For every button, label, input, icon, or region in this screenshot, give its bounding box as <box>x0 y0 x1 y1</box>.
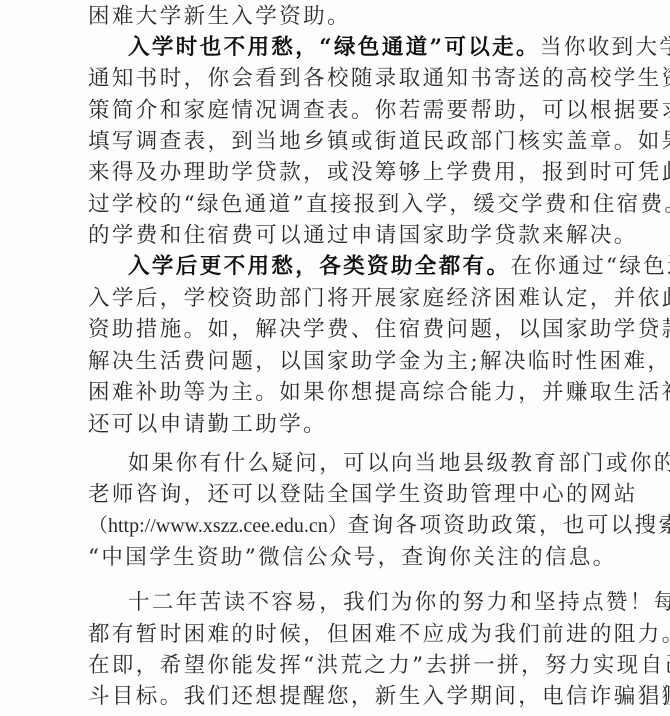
section-heading-line: 入学时也不用愁，“绿色通道”可以走。当你收到大学录取 <box>128 33 588 63</box>
text-line: 入学后，学校资助部门将开展家庭经济困难认定，并依此确定 <box>88 284 588 314</box>
text-line: 困难补助等为主。如果你想提高综合能力，并赚取生活补助， <box>88 378 588 408</box>
text-line: 解决生活费问题，以国家助学金为主;解决临时性困难，以临时 <box>88 347 588 377</box>
text-line: 来得及办理助学贷款，或没筹够上学费用，报到时可凭此表通 <box>88 158 588 188</box>
text-line: （http://www.xszz.cee.edu.cn）查询各项资助政策，也可以… <box>88 511 588 541</box>
text-line: 填写调查表，到当地乡镇或街道民政部门核实盖章。如果你没 <box>88 127 588 157</box>
text-line: 策简介和家庭情况调查表。你若需要帮助，可以根据要求如实 <box>88 96 588 126</box>
section-heading-line: 入学后更不用愁，各类资助全都有。在你通过“绿色通道” <box>128 252 588 282</box>
section-heading-green-channel: 入学时也不用愁，“绿色通道”可以走。 <box>128 35 540 60</box>
text-line: 通知书时，你会看到各校随录取通知书寄送的高校学生资助政 <box>88 64 588 94</box>
text-line: 的学费和住宿费可以通过申请国家助学贷款来解决。 <box>88 221 588 251</box>
text-line: 老师咨询，还可以登陆全国学生资助管理中心的网站 <box>88 480 588 510</box>
text-line: 如果你有什么疑问，可以向当地县级教育部门或你的高中 <box>128 449 588 479</box>
text-line: 斗目标。我们还想提醒您，新生入学期间，电信诈骗猖獗，请 <box>88 682 588 712</box>
text-line: 还可以申请勤工助学。 <box>88 410 588 440</box>
text-line: 困难大学新生入学资助。 <box>88 2 588 32</box>
scanned-document-page: 困难大学新生入学资助。 入学时也不用愁，“绿色通道”可以走。当你收到大学录取 通… <box>0 0 670 716</box>
text-line: “中国学生资助”微信公众号，查询你关注的信息。 <box>88 543 588 573</box>
text-line: 资助措施。如，解决学费、住宿费问题，以国家助学贷款为主； <box>88 315 588 345</box>
website-url: （http://www.xszz.cee.edu.cn） <box>88 515 348 537</box>
text-line: 在即，希望你能发挥“洪荒之力”去拼一拼，努力实现自己的奋 <box>88 651 588 681</box>
text-line: 过学校的“绿色通道”直接报到入学，缓交学费和住宿费。缓交 <box>88 190 588 220</box>
section-heading-aid-after-enrollment: 入学后更不用愁，各类资助全都有。 <box>128 254 510 279</box>
text-line: 十二年苦读不容易，我们为你的努力和坚持点赞！每个人 <box>128 588 588 618</box>
text-line: 都有暂时困难的时候，但困难不应成为我们前进的阻力。高考 <box>88 620 588 650</box>
